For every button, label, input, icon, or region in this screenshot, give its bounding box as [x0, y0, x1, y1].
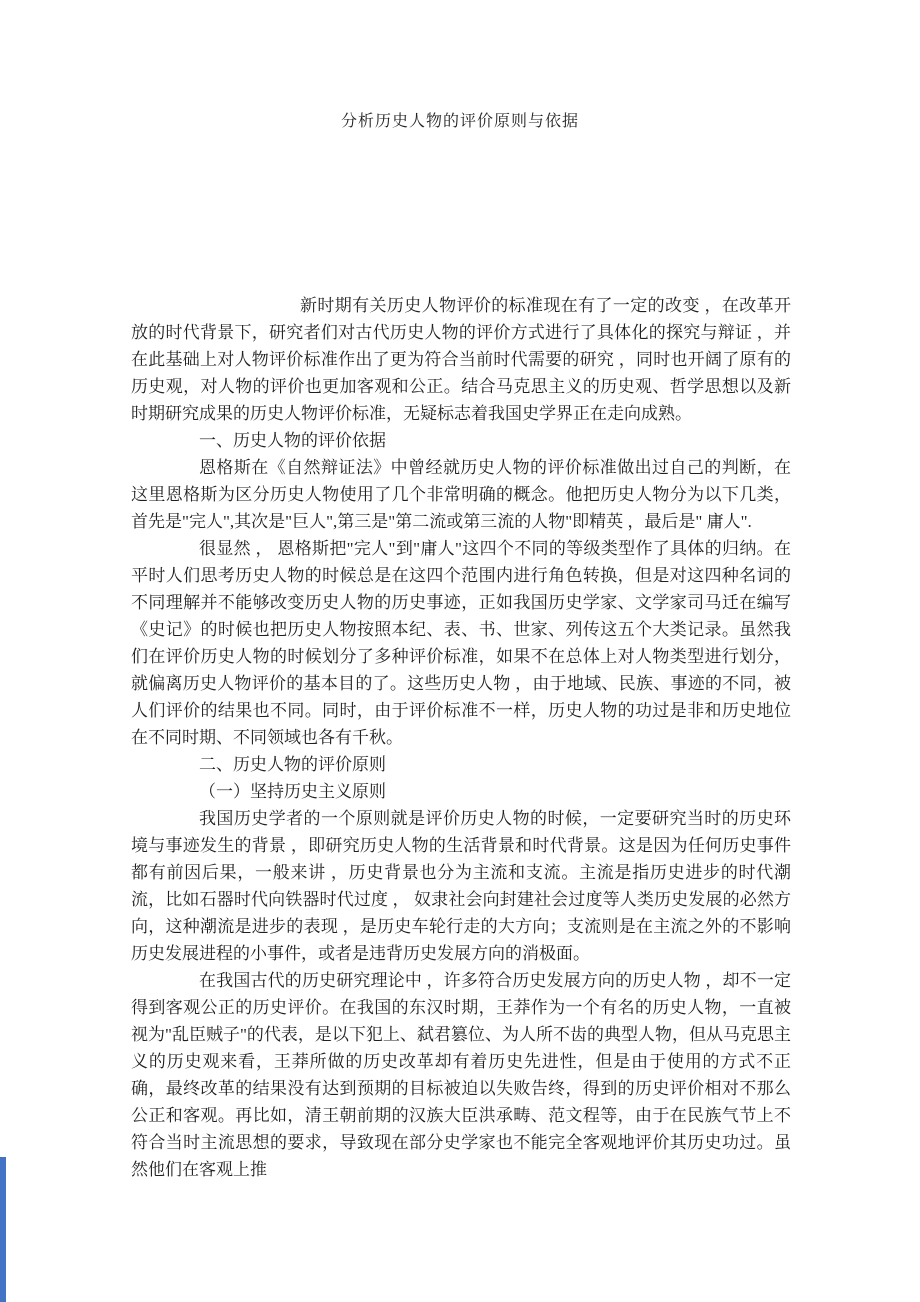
doc-paragraph: 新时期有关历史人物评价的标准现在有了一定的改变 ，在改革开放的时代背景下，研究者… [131, 292, 791, 427]
doc-heading: 一、历史人物的评价依据 [131, 427, 791, 454]
document-title: 分析历史人物的评价原则与依据 [0, 110, 920, 134]
doc-paragraph: 我国历史学者的一个原则就是评价历史人物的时候，一定要研究当时的历史环境与事迹发生… [131, 805, 791, 967]
doc-heading: （一）坚持历史主义原则 [131, 778, 791, 805]
doc-paragraph: 在我国古代的历史研究理论中 ，许多符合历史发展方向的历史人物 ，却不一定得到客观… [131, 967, 791, 1183]
document-body: 新时期有关历史人物评价的标准现在有了一定的改变 ，在改革开放的时代背景下，研究者… [131, 292, 791, 1183]
doc-paragraph: 很显然 ， 恩格斯把"完人"到"庸人"这四个不同的等级类型作了具体的归纳。在平时… [131, 535, 791, 751]
document-page: 分析历史人物的评价原则与依据 新时期有关历史人物评价的标准现在有了一定的改变 ，… [0, 0, 920, 1302]
doc-heading: 二、历史人物的评价原则 [131, 751, 791, 778]
doc-paragraph: 恩格斯在《自然辩证法》中曾经就历史人物的评价标准做出过自己的判断，在这里恩格斯为… [131, 454, 791, 535]
left-accent-bar [0, 1157, 6, 1302]
